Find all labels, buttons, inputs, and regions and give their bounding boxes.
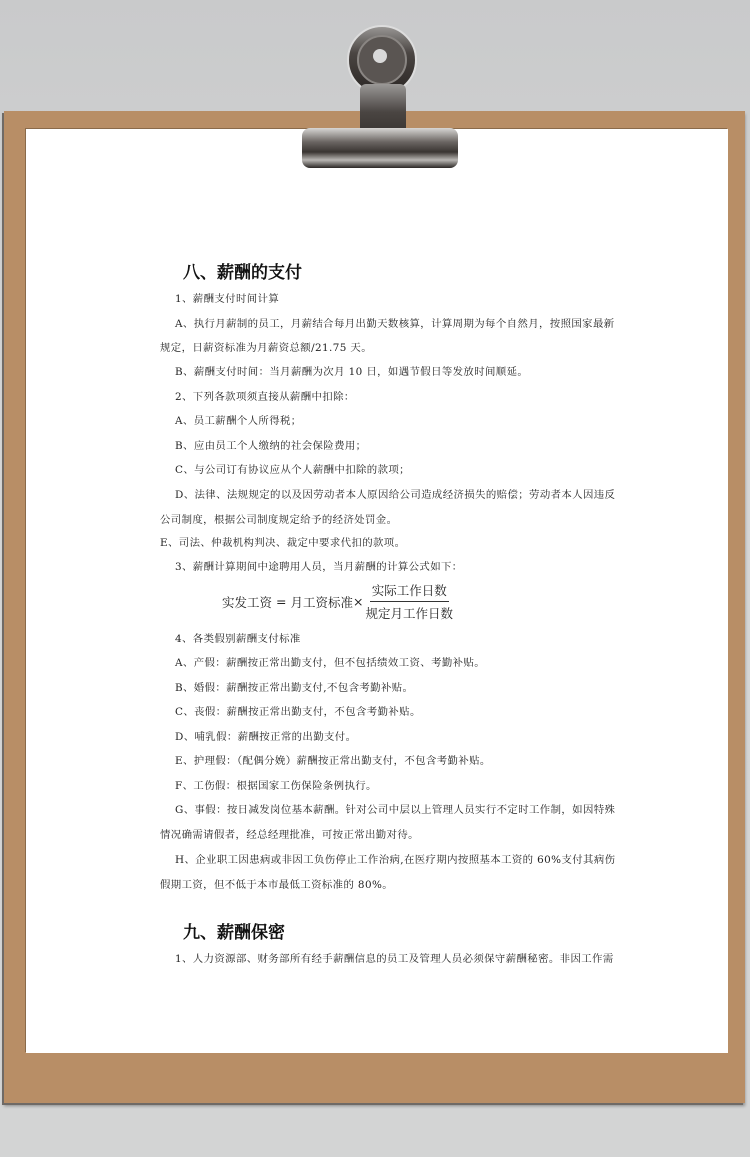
paragraph: E、司法、仲裁机构判决、裁定中要求代扣的款项。 xyxy=(160,534,405,549)
formula-lhs: 实发工资 xyxy=(222,593,272,611)
paragraph: G、事假：按日减发岗位基本薪酬。针对公司中层以上管理人员实行不定时工作制，如因特… xyxy=(175,801,615,816)
paragraph: H、企业职工因患病或非因工负伤停止工作治病,在医疗期内按照基本工资的 60%支付… xyxy=(175,851,615,866)
paragraph: A、员工薪酬个人所得税； xyxy=(175,412,302,427)
paragraph: E、护理假：（配偶分娩）薪酬按正常出勤支付，不包含考勤补贴。 xyxy=(175,752,491,767)
paragraph: B、薪酬支付时间：当月薪酬为次月 10 日，如遇节假日等发放时间顺延。 xyxy=(175,363,528,378)
paragraph: 公司制度，根据公司制度规定给予的经济处罚金。 xyxy=(160,511,397,526)
formula-times: × xyxy=(353,594,363,609)
paragraph: C、丧假：薪酬按正常出勤支付，不包含考勤补贴。 xyxy=(175,703,421,718)
paragraph: D、法律、法规规定的以及因劳动者本人原因给公司造成经济损失的赔偿；劳动者本人因违… xyxy=(175,486,615,501)
salary-formula: 实发工资 = 月工资标准 × 实际工作日数 规定月工作日数 xyxy=(222,581,453,622)
paragraph: 1、人力资源部、财务部所有经手薪酬信息的员工及管理人员必须保守薪酬秘密。非因工作… xyxy=(175,950,614,965)
paragraph: 2、下列各款项须直接从薪酬中扣除： xyxy=(175,388,355,403)
formula-numerator: 实际工作日数 xyxy=(370,581,449,602)
paragraph: 假期工资，但不低于本市最低工资标准的 80%。 xyxy=(160,876,393,891)
paragraph: 3、薪酬计算期间中途聘用人员，当月薪酬的计算公式如下： xyxy=(175,558,463,573)
paragraph: 情况确需请假者，经总经理批准，可按正常出勤对待。 xyxy=(160,826,419,841)
paragraph: B、应由员工个人缴纳的社会保险费用； xyxy=(175,437,366,452)
section-heading: 八、薪酬的支付 xyxy=(183,258,302,283)
paragraph: 1、薪酬支付时间计算 xyxy=(175,290,279,305)
formula-fraction: 实际工作日数 规定月工作日数 xyxy=(366,581,454,622)
section-heading: 九、薪酬保密 xyxy=(183,918,285,943)
paragraph: C、与公司订有协议应从个人薪酬中扣除的款项； xyxy=(175,461,410,476)
paragraph: A、产假：薪酬按正常出勤支付，但不包括绩效工资、考勤补贴。 xyxy=(175,654,485,669)
paragraph: 4、各类假别薪酬支付标准 xyxy=(175,630,301,645)
paragraph: A、执行月薪制的员工，月薪结合每月出勤天数核算，计算周期为每个自然月，按照国家最… xyxy=(175,315,615,330)
paragraph: D、哺乳假：薪酬按正常的出勤支付。 xyxy=(175,728,356,743)
paragraph: 规定，日薪资标准为月薪资总额/21.75 天。 xyxy=(160,339,372,354)
paragraph: F、工伤假：根据国家工伤保险条例执行。 xyxy=(175,777,377,792)
paragraph: B、婚假：薪酬按正常出勤支付,不包含考勤补贴。 xyxy=(175,679,413,694)
formula-term: 月工资标准 xyxy=(291,593,354,611)
formula-equals: = xyxy=(276,594,286,609)
document-page: 八、薪酬的支付 1、薪酬支付时间计算 A、执行月薪制的员工，月薪结合每月出勤天数… xyxy=(0,0,750,1157)
formula-denominator: 规定月工作日数 xyxy=(366,602,454,622)
